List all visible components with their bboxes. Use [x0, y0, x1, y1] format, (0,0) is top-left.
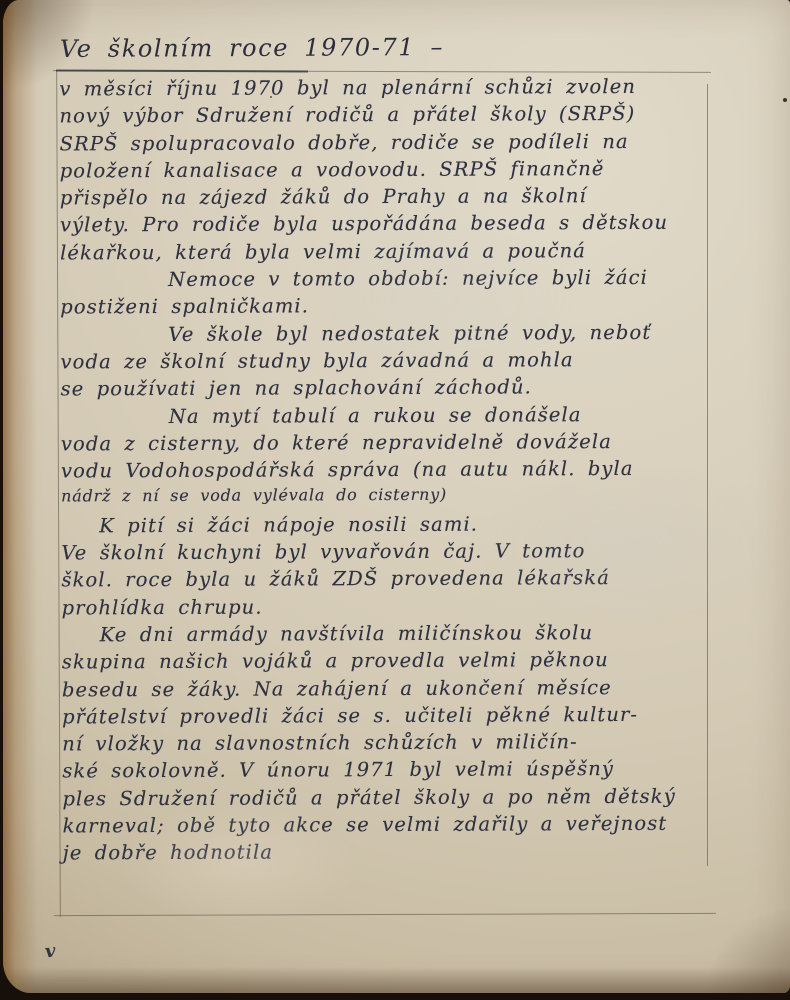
text-line: Na mytí tabulí a rukou se donášela	[61, 402, 716, 432]
text-line: Nemoce v tomto období: nejvíce byli žáci	[60, 266, 715, 296]
text-line: lékařkou, která byla velmi zajímavá a po…	[60, 238, 715, 268]
text-line: ples Sdružení rodičů a přátel školy a po…	[62, 784, 717, 814]
chronicle-page: Ve školním roce 1970-71 – v měsíci říjnu…	[3, 0, 790, 993]
text-line: SRPŠ spolupracovalo dobře, rodiče se pod…	[60, 129, 715, 159]
text-line: besedu se žáky. Na zahájení a ukončení m…	[62, 675, 717, 705]
text-line: nový výbor Sdružení rodičů a přátel škol…	[59, 102, 714, 132]
text-line: se používati jen na splachování záchodů.	[61, 375, 716, 405]
text-line: přátelství provedli žáci se s. učiteli p…	[62, 702, 717, 732]
check-mark: v	[44, 941, 57, 963]
text-line: v měsíci říjnu 1970 byl na plenární schů…	[59, 75, 714, 105]
text-line: přispělo na zájezd žáků do Prahy a na šk…	[60, 184, 715, 214]
heading-underline	[56, 70, 308, 73]
text-line: Ve škole byl nedostatek pitné vody, nebo…	[60, 320, 715, 350]
text-line: je dobře hodnotila	[63, 839, 718, 869]
text-line: Ve školní kuchyni byl vyvařován čaj. V t…	[61, 539, 716, 569]
text-line: ní vložky na slavnostních schůzích v mil…	[62, 730, 717, 760]
photo-background: Ve školním roce 1970-71 – v měsíci říjnu…	[0, 0, 790, 1000]
text-line: skupina našich vojáků a provedla velmi p…	[62, 648, 717, 678]
text-line: postiženi spalničkami.	[60, 293, 715, 323]
text-line: Ke dni armády navštívila miličínskou ško…	[62, 621, 717, 651]
text-line: voda z cisterny, do které nepravidelně d…	[61, 429, 716, 459]
text-line: prohlídka chrupu.	[62, 593, 717, 623]
text-line: nádrž z ní se voda vylévala do cisterny)	[61, 484, 716, 514]
handwritten-text: v měsíci říjnu 1970 byl na plenární schů…	[59, 75, 717, 869]
margin-rule-bottom	[54, 913, 716, 916]
text-line: výlety. Pro rodiče byla uspořádána besed…	[60, 211, 715, 241]
text-line: voda ze školní studny byla závadná a moh…	[60, 348, 715, 378]
text-line: vodu Vodohospodářská správa (na autu nák…	[61, 457, 716, 487]
text-line: karneval; obě tyto akce se velmi zdařily…	[62, 812, 717, 842]
text-line: K pití si žáci nápoje nosili sami.	[61, 511, 716, 541]
text-line: položení kanalisace a vodovodu. SRPŠ fin…	[60, 156, 715, 186]
text-line: škol. roce byla u žáků ZDŠ provedena lék…	[61, 566, 716, 596]
ink-speck	[783, 98, 787, 102]
page-heading: Ve školním roce 1970-71 –	[60, 33, 444, 63]
text-line: ské sokolovně. V únoru 1971 byl velmi ús…	[62, 757, 717, 787]
